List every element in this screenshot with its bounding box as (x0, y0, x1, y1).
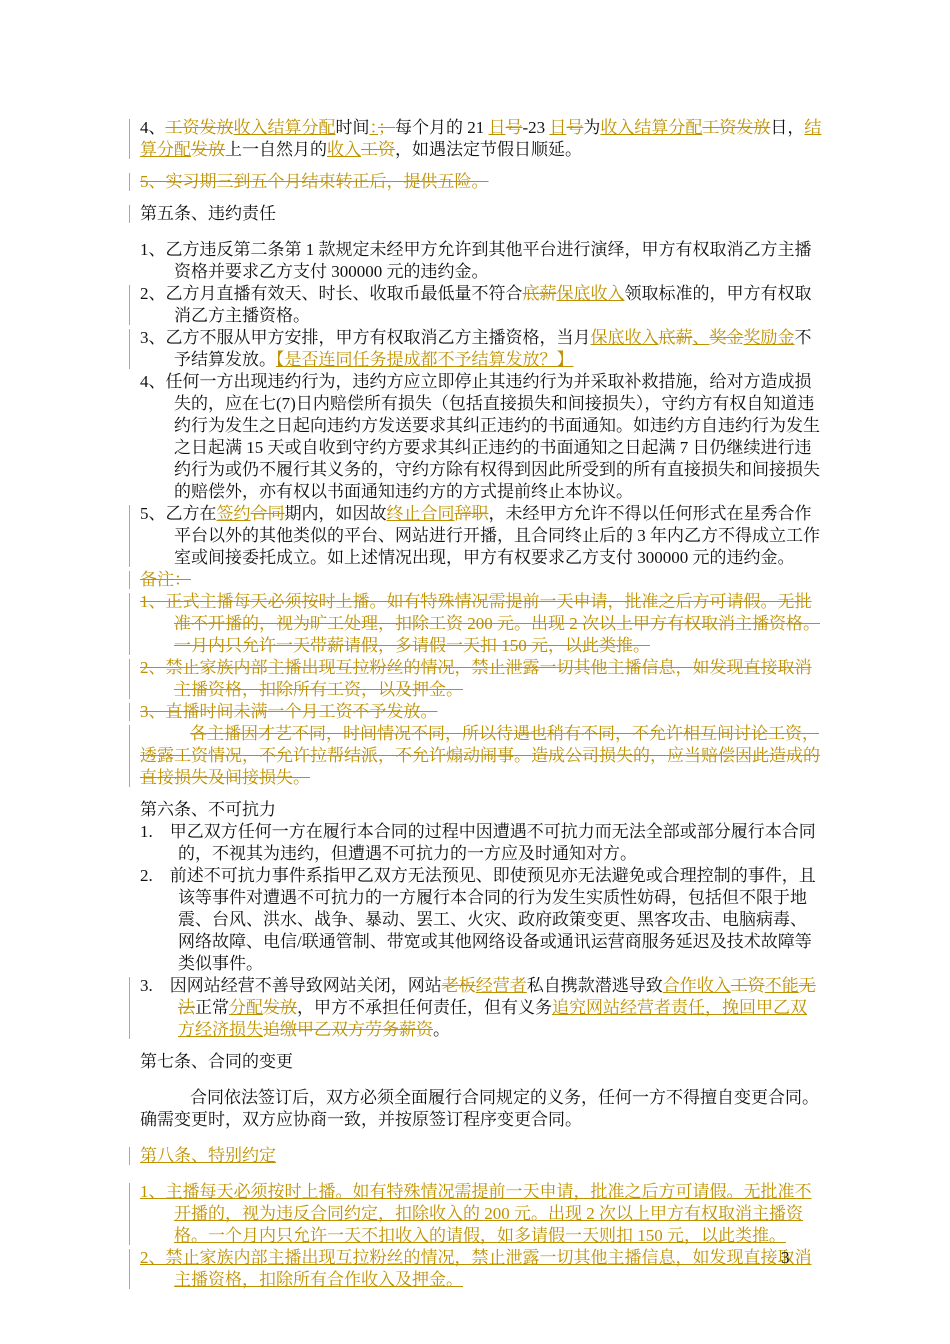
deleted-text: 3、直播时间未满一个月工资不予发放。 (140, 702, 438, 721)
article5-item-1: 1、乙方违反第二条第 1 款规定未经甲方允许到其他平台进行演绎，甲方有权取消乙方… (140, 239, 822, 283)
deleted-text: 工资 (731, 976, 765, 995)
deleted-text: 底薪 (659, 328, 693, 347)
text-run: 4、 (140, 118, 166, 137)
text-run: ，如遇法定节假日顺延。 (395, 140, 582, 159)
article7-body: 合同依法签订后，双方必须全面履行合同规定的义务，任何一方不得擅自变更合同。确需变… (140, 1087, 822, 1131)
heading-article-8-special-terms-inserted: 第八条、特别约定 (140, 1145, 822, 1167)
article8-item-1-inserted: 1、主播每天必须按时上播。如有特殊情况需提前一天申请，批准之后方可请假。无批准不… (140, 1181, 822, 1247)
deleted-text: 发放 (191, 140, 225, 159)
text-run: 。 (433, 1020, 450, 1039)
text-run: 私自携款潜逃导致 (527, 976, 663, 995)
text-run: 1. 甲乙双方任何一方在履行本合同的过程中因遭遇不可抗力而无法全部或部分履行本合… (140, 822, 816, 863)
inserted-text: 收入 (327, 140, 361, 159)
text-run: 合同依法签订后，双方必须全面履行合同规定的义务，任何一方不得擅自变更合同。确需变… (140, 1088, 819, 1129)
article5-item-3: 3、乙方不服从甲方安排，甲方有权取消乙方主播资格，当月保底收入底薪、奖金奖励金不… (140, 327, 822, 371)
text-run: 日， (770, 118, 804, 137)
remarks-heading-deleted: 备注： (140, 569, 822, 591)
deleted-text: 工资 (361, 140, 395, 159)
inserted-text: 终止合同 (387, 504, 455, 523)
deleted-text: 各主播因才艺不同，时间情况不同，所以待遇也稍有不同，不允许相互间讨论工资，透露工… (140, 724, 820, 787)
clause-5-probation-deleted: 5、实习期三到五个月结束转正后，提供五险。 (140, 171, 822, 193)
text-run: 5、乙方在 (140, 504, 217, 523)
article6-item-1: 1. 甲乙双方任何一方在履行本合同的过程中因遭遇不可抗力而无法全部或部分履行本合… (140, 821, 822, 865)
remarks-note-deleted: 各主播因才艺不同，时间情况不同，所以待遇也稍有不同，不允许相互间讨论工资，透露工… (140, 723, 822, 789)
text-run: 每个月的 21 (395, 118, 489, 137)
inserted-text: 合作收入 (663, 976, 731, 995)
deleted-text: 工资发放 (166, 118, 234, 137)
remarks-item-2-deleted: 2、禁止家族内部主播出现互拉粉丝的情况，禁止泄露一切其他主播信息，如发现直接取消… (140, 657, 822, 701)
text-run: 2. 前述不可抗力事件系指甲乙双方无法预见、即使预见亦无法避免或合理控制的事件，… (140, 866, 816, 973)
deleted-text: 备注： (140, 570, 191, 589)
remarks-item-1-deleted: 1、正式主播每天必须按时上播。如有特殊情况需提前一天申请，批准之后方可请假。无批… (140, 591, 822, 657)
heading-article-6-force-majeure: 第六条、不可抗力 (140, 799, 822, 821)
text-run: 上一自然月的 (225, 140, 327, 159)
inserted-text: 保底收入 (591, 328, 659, 347)
text-run: 3. 因网站经营不善导致网站关闭，网站 (140, 976, 442, 995)
heading-article-7-contract-change: 第七条、合同的变更 (140, 1051, 822, 1073)
text-run: 为 (583, 118, 600, 137)
text-run: 1、乙方违反第二条第 1 款规定未经甲方允许到其他平台进行演绎，甲方有权取消乙方… (140, 240, 812, 281)
article6-item-2: 2. 前述不可抗力事件系指甲乙双方无法预见、即使预见亦无法避免或合理控制的事件，… (140, 865, 822, 975)
inserted-text: 【是否连同任务提成都不予结算发放？】 (276, 350, 574, 369)
inserted-text: 第八条、特别约定 (140, 1146, 276, 1165)
inserted-text: 经营者 (476, 976, 527, 995)
inserted-text: 分配 (229, 998, 263, 1017)
deleted-text: 发放 (263, 998, 297, 1017)
inserted-text: 奖励金 (744, 328, 795, 347)
text-run: 2、乙方月直播有效天、时长、收取币最低量不符合 (140, 284, 523, 303)
inserted-text: 保底收入 (557, 284, 625, 303)
inserted-text: 签约 (217, 504, 251, 523)
text-run: -23 (523, 118, 550, 137)
deleted-text: 追缴甲乙双方劳务薪资 (263, 1020, 433, 1039)
deleted-text: 2、禁止家族内部主播出现互拉粉丝的情况，禁止泄露一切其他主播信息，如发现直接取消… (140, 658, 812, 699)
inserted-text: 日 (489, 118, 506, 137)
text-run: 第七条、合同的变更 (140, 1052, 293, 1071)
inserted-text: 不能 (765, 976, 799, 995)
text-run: 期内，如因故 (285, 504, 387, 523)
inserted-text: ： (370, 118, 379, 137)
text-run: ，甲方不承担任何责任，但有义务 (297, 998, 552, 1017)
deleted-text: ； (378, 118, 395, 137)
clause-4-settlement-time: 4、工资发放收入结算分配时间：；每个月的 21 日号-23 日号为收入结算分配工… (140, 117, 822, 161)
text-run: 3、乙方不服从甲方安排，甲方有权取消乙方主播资格，当月 (140, 328, 591, 347)
text-run: 正常 (195, 998, 229, 1017)
deleted-text: 合同 (251, 504, 285, 523)
text-run: 第六条、不可抗力 (140, 800, 276, 819)
text-run: 4、任何一方出现违约行为，违约方应立即停止其违约行为并采取补救措施，给对方造成损… (140, 372, 820, 501)
text-run: 时间 (336, 118, 370, 137)
article5-item-4: 4、任何一方出现违约行为，违约方应立即停止其违约行为并采取补救措施，给对方造成损… (140, 371, 822, 503)
inserted-text: 日 (549, 118, 566, 137)
text-run: 第五条、违约责任 (140, 204, 276, 223)
remarks-item-3-deleted: 3、直播时间未满一个月工资不予发放。 (140, 701, 822, 723)
deleted-text: 号 (506, 118, 523, 137)
document-page: 4、工资发放收入结算分配时间：；每个月的 21 日号-23 日号为收入结算分配工… (0, 0, 950, 1344)
article6-item-3: 3. 因网站经营不善导致网站关闭，网站老板经营者私自携款潜逃导致合作收入工资不能… (140, 975, 822, 1041)
inserted-text: 1、主播每天必须按时上播。如有特殊情况需提前一天申请，批准之后方可请假。无批准不… (140, 1182, 812, 1245)
deleted-text: 老板 (442, 976, 476, 995)
deleted-text: 1、正式主播每天必须按时上播。如有特殊情况需提前一天申请，批准之后方可请假。无批… (140, 592, 820, 655)
deleted-text: 工资发放 (702, 118, 770, 137)
deleted-text: 5、实习期三到五个月结束转正后，提供五险。 (140, 172, 489, 191)
inserted-text: 2、禁止家族内部主播出现互拉粉丝的情况，禁止泄露一切其他主播信息，如发现直接取消… (140, 1248, 812, 1289)
inserted-text: 收入结算分配 (600, 118, 702, 137)
inserted-text: 收入结算分配 (234, 118, 336, 137)
article5-item-2: 2、乙方月直播有效天、时长、收取币最低量不符合底薪保底收入领取标准的，甲方有权取… (140, 283, 822, 327)
paragraphs-container: 4、工资发放收入结算分配时间：；每个月的 21 日号-23 日号为收入结算分配工… (140, 117, 822, 1291)
heading-article-5-breach-liability: 第五条、违约责任 (140, 203, 822, 225)
article5-item-5: 5、乙方在签约合同期内，如因故终止合同辞职，未经甲方允许不得以任何形式在星秀合作… (140, 503, 822, 569)
deleted-text: 奖金 (710, 328, 744, 347)
deleted-text: 号 (566, 118, 583, 137)
deleted-text: 底薪 (523, 284, 557, 303)
page-number: 3 (781, 1248, 790, 1268)
article8-item-2-inserted: 2、禁止家族内部主播出现互拉粉丝的情况，禁止泄露一切其他主播信息，如发现直接取消… (140, 1247, 822, 1291)
inserted-text: 、 (693, 328, 710, 347)
deleted-text: 辞职 (455, 504, 489, 523)
